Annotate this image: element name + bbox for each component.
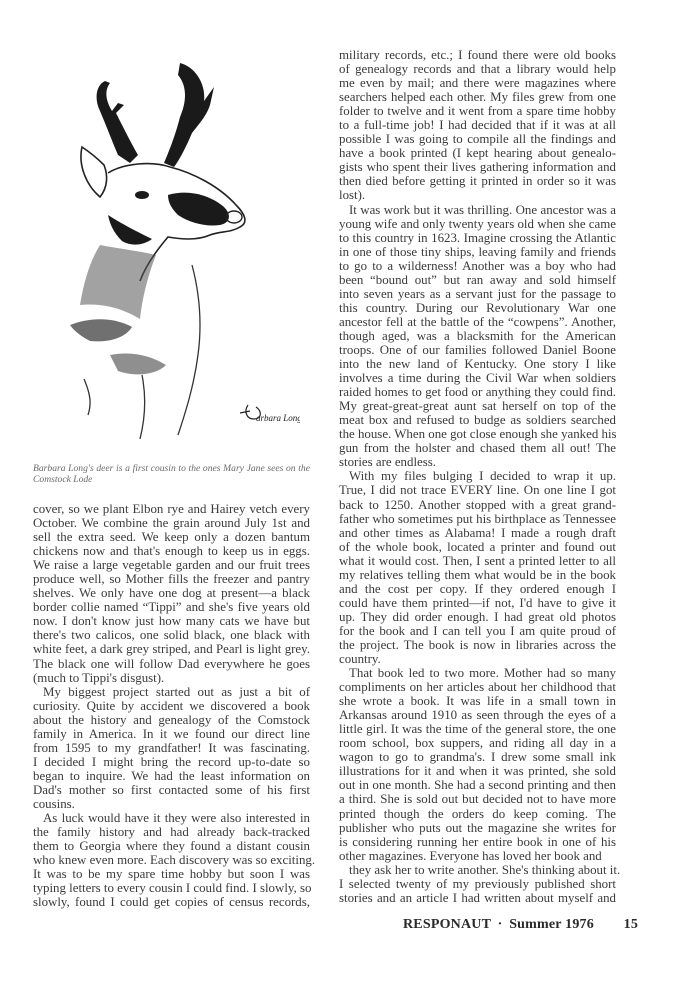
text-line: shelves. We only have one dog at present…	[33, 586, 310, 600]
text-line: gun from the holster and chased them all…	[339, 441, 616, 455]
text-line: I decided I might bring the record up-to…	[33, 755, 310, 769]
left-column-text: cover, so we plant Elbon rye and Hairey …	[33, 502, 310, 909]
text-line: little girl. It was the time of the gene…	[339, 722, 616, 736]
caption-line: Comstock Lode	[33, 474, 310, 485]
text-line: a third. She is sold out but decided not…	[339, 792, 616, 806]
text-line: illustrations for it and when it was pri…	[339, 764, 616, 778]
text-line: to a full-time job! I had decided that i…	[339, 118, 616, 132]
paragraph-start: As luck would have it they were also int…	[33, 811, 310, 825]
page-number: 15	[624, 917, 638, 932]
text-line: though aged, was a blacksmith for the Am…	[339, 329, 616, 343]
caption-line: Barbara Long's deer is a first cousin to…	[33, 463, 310, 474]
text-line: of genealogy records and that a library …	[339, 62, 616, 76]
text-line: from 1595 to my grandfather! It was fasc…	[33, 741, 310, 755]
text-line: began to inquire. We had the least infor…	[33, 769, 310, 783]
svg-text:arbara Long: arbara Long	[256, 413, 300, 423]
text-line: to go to a wilderness! Another was a boy…	[339, 259, 616, 273]
text-line: then died before getting it printed in o…	[339, 174, 616, 188]
right-column-text: military records, etc.; I found there we…	[339, 48, 616, 905]
text-line: up. They did order enough. I had great o…	[339, 610, 616, 624]
text-line: have a book printed (I kept hearing abou…	[339, 146, 616, 160]
text-line: stories and an article I had written abo…	[339, 891, 616, 905]
text-line: and other times as Alabama! I made a rou…	[339, 526, 616, 540]
issue-date: Summer 1976	[509, 917, 594, 932]
text-line: other magazines. Everyone has loved her …	[339, 849, 616, 863]
text-line: in one of those tiny ships, leaving fami…	[339, 245, 616, 259]
text-line: meat box and refused to budge as soldier…	[339, 413, 616, 427]
paragraph-start: That book led to two more. Mother had so…	[339, 666, 616, 680]
text-line: stories are endless.	[339, 455, 616, 469]
text-line: Dad's mother so first contacted some of …	[33, 783, 310, 797]
text-line: young wife and only twenty years old whe…	[339, 217, 616, 231]
text-line: father who sometimes put his birthplace …	[339, 512, 616, 526]
text-line: involves a time during the Civil War whe…	[339, 371, 616, 385]
text-line: printed though the orders do keep coming…	[339, 807, 616, 821]
text-line: True, I did not trace EVERY line. On one…	[339, 483, 616, 497]
text-line: The black one will follow Dad everywhere…	[33, 657, 310, 671]
illustration-caption: Barbara Long's deer is a first cousin to…	[33, 463, 310, 485]
antelope-illustration: arbara Long	[60, 55, 300, 460]
text-line: been “bound out” but ran away and sold h…	[339, 273, 616, 287]
text-line: publisher who puts out the magazine she …	[339, 821, 616, 835]
text-line: for the book and I can tell you I am qui…	[339, 624, 616, 638]
text-line: family in America. In it we found our di…	[33, 727, 310, 741]
text-line: My great-great-great aunt sat herself on…	[339, 399, 616, 413]
text-line: to this country in 1623. Imagine crossin…	[339, 231, 616, 245]
text-line: produce well, so Mother fills the freeze…	[33, 572, 310, 586]
text-line: (much to Tippi's disgust).	[33, 671, 310, 685]
text-line: back to 1250. Another stopped with a gre…	[339, 498, 616, 512]
text-line: folder to twelve and it went from a spar…	[339, 104, 616, 118]
page-footer: RESPONAUT · Summer 1976 15	[403, 917, 638, 933]
paragraph-start: they ask her to write another. She's thi…	[339, 863, 616, 877]
text-line: me even by mail; and there were magazine…	[339, 76, 616, 90]
text-line: typing letters to every cousin I could f…	[33, 881, 310, 895]
text-line: sell the extra seed. We keep only a doze…	[33, 530, 310, 544]
text-line: searchers helped each other. My files gr…	[339, 90, 616, 104]
publication-name: RESPONAUT	[403, 917, 491, 932]
text-line: ancestor fell at the battle of the “cowp…	[339, 315, 616, 329]
text-line: raided homes to get food or anything the…	[339, 385, 616, 399]
text-line: military records, etc.; I found there we…	[339, 48, 616, 62]
paragraph-start: My biggest project started out as just a…	[33, 685, 310, 699]
text-line: wagon to go to grandma's. I drew some sm…	[339, 750, 616, 764]
text-line: troops. One of our families followed Dan…	[339, 343, 616, 357]
text-line: compliments on her articles about her ch…	[339, 680, 616, 694]
text-line: country.	[339, 652, 616, 666]
text-line: this country. During our Revolutionary W…	[339, 301, 616, 315]
text-line: about the history and genealogy of the C…	[33, 713, 310, 727]
text-line: could have them printed—if not, I'd have…	[339, 596, 616, 610]
text-line: cover, so we plant Elbon rye and Hairey …	[33, 502, 310, 516]
text-line: the project. The book is now in librarie…	[339, 638, 616, 652]
text-line: room school, box suppers, and riding all…	[339, 736, 616, 750]
text-line: gists who spent their lives gathering in…	[339, 160, 616, 174]
text-line: I selected twenty of my previously publi…	[339, 877, 616, 891]
text-line: chickens now and that's enough to keep u…	[33, 544, 310, 558]
text-line: now. I don't know just how many cats we …	[33, 614, 310, 628]
text-line: of the whole book, located a printer and…	[339, 540, 616, 554]
text-line: is considering running her entire book i…	[339, 835, 616, 849]
text-line: my relatives telling them what would be …	[339, 568, 616, 582]
artist-signature: arbara Long	[240, 405, 300, 423]
text-line: Arkansas around 1910 as seen through the…	[339, 708, 616, 722]
text-line: lost).	[339, 188, 616, 202]
text-line: the family history and had already back-…	[33, 825, 310, 839]
text-line: and the cost per copy. If they ordered e…	[339, 582, 616, 596]
text-line: cousins.	[33, 797, 310, 811]
text-line: she wrote a book. It was life in a small…	[339, 694, 616, 708]
text-line: out in one month. She had a second print…	[339, 778, 616, 792]
text-line: border collie named “Tippi” and she's fi…	[33, 600, 310, 614]
text-line: who knew even more. Each discovery was s…	[33, 853, 310, 867]
text-line: slowly, found I could get copies of cens…	[33, 895, 310, 909]
text-line: there's two calicos, one solid black, on…	[33, 628, 310, 642]
text-line: what it would cost. Then, I sent a print…	[339, 554, 616, 568]
text-line: It was to be my spare time hobby but soo…	[33, 867, 310, 881]
text-line: possible I was going to compile all the …	[339, 132, 616, 146]
footer-separator: ·	[498, 917, 503, 932]
text-line: the house. When one got close enough she…	[339, 427, 616, 441]
text-line: curiosity. Quite by accident we discover…	[33, 699, 310, 713]
text-line: We raise a large vegetable garden and ou…	[33, 558, 310, 572]
text-line: October. We combine the grain around Jul…	[33, 516, 310, 530]
text-line: white feet, a dark grey striped, and Pea…	[33, 642, 310, 656]
text-line: into the new land of Kentucky. One story…	[339, 357, 616, 371]
paragraph-start: It was work but it was thrilling. One an…	[339, 203, 616, 217]
text-line: them to Georgia where they found a dista…	[33, 839, 310, 853]
text-line: into seven years as a servant just for t…	[339, 287, 616, 301]
paragraph-start: With my files bulging I decided to wrap …	[339, 469, 616, 483]
